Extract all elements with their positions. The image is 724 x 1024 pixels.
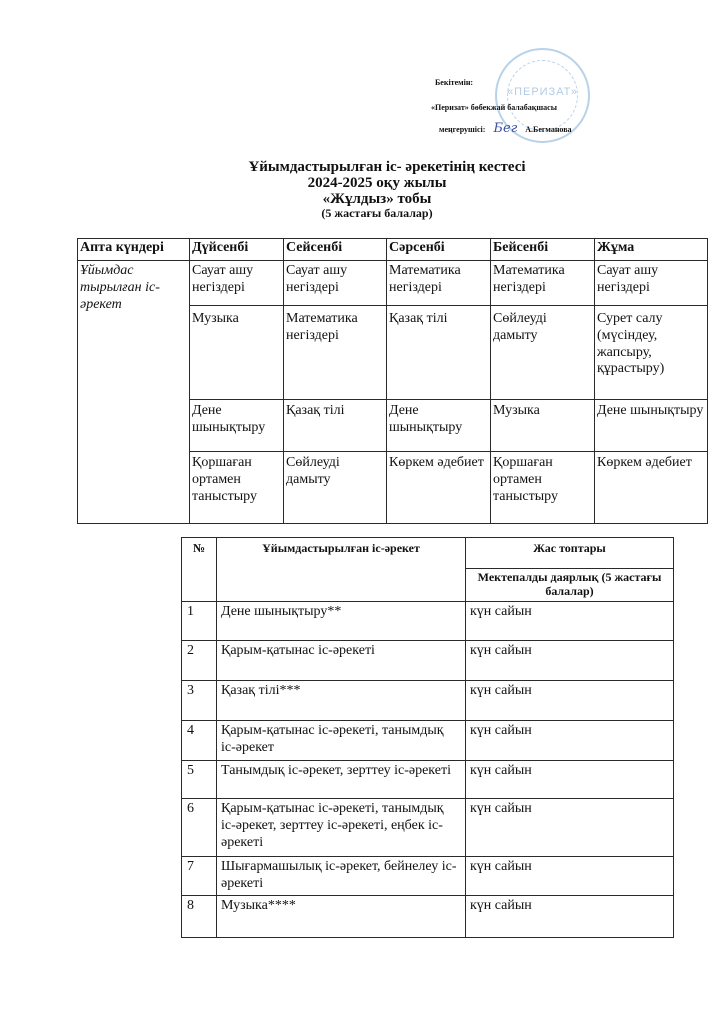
schedule-cell: Дене шынықтыру	[595, 400, 708, 452]
number-header: №	[182, 538, 217, 602]
schedule-cell: Қоршаған ортамен таныстыру	[491, 452, 595, 524]
approval-line-3: меңгерушісі: Бег А.Бегманова	[439, 121, 572, 136]
activity-name: Қарым-қатынас іс-әрекеті, танымдық іс-әр…	[217, 721, 466, 761]
schedule-cell: Қоршаған ортамен таныстыру	[190, 452, 284, 524]
activity-name: Шығармашылық іс-әрекет, бейнелеу іс-әрек…	[217, 857, 466, 896]
activity-name: Танымдық іс-әрекет, зерттеу іс-әрекеті	[217, 761, 466, 799]
schedule-cell: Дене шынықтыру	[387, 400, 491, 452]
stamp-text: «ПЕРИЗАТ»	[497, 86, 588, 98]
column-header: Жұма	[595, 239, 708, 261]
frequency-value: күн сайын	[466, 857, 674, 896]
schedule-cell: Музыка	[491, 400, 595, 452]
document-header: Ұйымдастырылған іс- әрекетінің кестесі 2…	[0, 160, 724, 220]
group-name: «Жұлдыз» тобы	[0, 192, 724, 208]
activity-name: Қарым-қатынас іс-әрекеті, танымдық іс-әр…	[217, 799, 466, 857]
schedule-row: Ұйымдас тырылған іс-әрекетСауат ашу негі…	[78, 261, 708, 306]
weekly-schedule-table: Апта күндері Дүйсенбі Сейсенбі Сәрсенбі …	[77, 238, 708, 524]
frequency-value: күн сайын	[466, 681, 674, 721]
schedule-cell: Сурет салу (мүсіндеу, жапсыру, құрастыру…	[595, 306, 708, 400]
activity-name: Музыка****	[217, 896, 466, 938]
schedule-cell: Музыка	[190, 306, 284, 400]
table-row: 5Танымдық іс-әрекет, зерттеу іс-әрекетік…	[182, 761, 674, 799]
column-header: Дүйсенбі	[190, 239, 284, 261]
table-row: 6Қарым-қатынас іс-әрекеті, танымдық іс-ә…	[182, 799, 674, 857]
schedule-cell: Математика негіздері	[491, 261, 595, 306]
academic-year: 2024-2025 оқу жылы	[0, 176, 724, 192]
frequency-value: күн сайын	[466, 721, 674, 761]
schedule-cell: Дене шынықтыру	[190, 400, 284, 452]
frequency-value: күн сайын	[466, 641, 674, 681]
activity-name: Қарым-қатынас іс-әрекеті	[217, 641, 466, 681]
row-number: 4	[182, 721, 217, 761]
approval-line-2: «Перизат» бөбекжай балабақшасы	[431, 103, 557, 112]
frequency-value: күн сайын	[466, 761, 674, 799]
table-row: 1Дене шынықтыру**күн сайын	[182, 602, 674, 641]
group-subheader: Мектепалды даярлық (5 жастағы балалар)	[466, 569, 674, 602]
row-number: 6	[182, 799, 217, 857]
signature-icon: Бег	[493, 121, 517, 136]
approval-role: меңгерушісі:	[439, 125, 485, 134]
column-header: Сейсенбі	[284, 239, 387, 261]
table-row: 2Қарым-қатынас іс-әрекетікүн сайын	[182, 641, 674, 681]
age-groups-header: Жас топтары	[466, 538, 674, 569]
column-header: Бейсенбі	[491, 239, 595, 261]
frequency-header-row: № Ұйымдастырылған іс-әрекет Жас топтары	[182, 538, 674, 569]
document-title: Ұйымдастырылған іс- әрекетінің кестесі	[0, 160, 724, 176]
table-row: 4Қарым-қатынас іс-әрекеті, танымдық іс-ә…	[182, 721, 674, 761]
activity-name: Дене шынықтыру**	[217, 602, 466, 641]
row-number: 7	[182, 857, 217, 896]
frequency-value: күн сайын	[466, 799, 674, 857]
schedule-cell: Сөйлеуді дамыту	[284, 452, 387, 524]
schedule-header-row: Апта күндері Дүйсенбі Сейсенбі Сәрсенбі …	[78, 239, 708, 261]
schedule-cell: Көркем әдебиет	[595, 452, 708, 524]
row-number: 8	[182, 896, 217, 938]
schedule-cell: Сөйлеуді дамыту	[491, 306, 595, 400]
activity-name: Қазақ тілі***	[217, 681, 466, 721]
schedule-cell: Көркем әдебиет	[387, 452, 491, 524]
schedule-cell: Қазақ тілі	[284, 400, 387, 452]
row-number: 3	[182, 681, 217, 721]
schedule-cell: Сауат ашу негіздері	[284, 261, 387, 306]
column-header: Сәрсенбі	[387, 239, 491, 261]
table-row: 3Қазақ тілі***күн сайын	[182, 681, 674, 721]
row-number: 5	[182, 761, 217, 799]
age-group: (5 жастағы балалар)	[0, 207, 724, 220]
activity-header: Ұйымдастырылған іс-әрекет	[217, 538, 466, 602]
row-number: 2	[182, 641, 217, 681]
approval-name: А.Бегманова	[525, 125, 571, 134]
table-row: 7Шығармашылық іс-әрекет, бейнелеу іс-әре…	[182, 857, 674, 896]
activity-frequency-table: № Ұйымдастырылған іс-әрекет Жас топтары …	[181, 537, 674, 938]
schedule-cell: Сауат ашу негіздері	[190, 261, 284, 306]
frequency-value: күн сайын	[466, 602, 674, 641]
schedule-cell: Математика негіздері	[284, 306, 387, 400]
frequency-value: күн сайын	[466, 896, 674, 938]
schedule-cell: Сауат ашу негіздері	[595, 261, 708, 306]
column-header: Апта күндері	[78, 239, 190, 261]
table-row: 8Музыка****күн сайын	[182, 896, 674, 938]
row-label: Ұйымдас тырылған іс-әрекет	[78, 261, 190, 524]
approval-line-1: Бекітемін:	[435, 78, 473, 87]
approval-block: «ПЕРИЗАТ» Бекітемін: «Перизат» бөбекжай …	[435, 48, 620, 140]
schedule-cell: Қазақ тілі	[387, 306, 491, 400]
schedule-cell: Математика негіздері	[387, 261, 491, 306]
row-number: 1	[182, 602, 217, 641]
